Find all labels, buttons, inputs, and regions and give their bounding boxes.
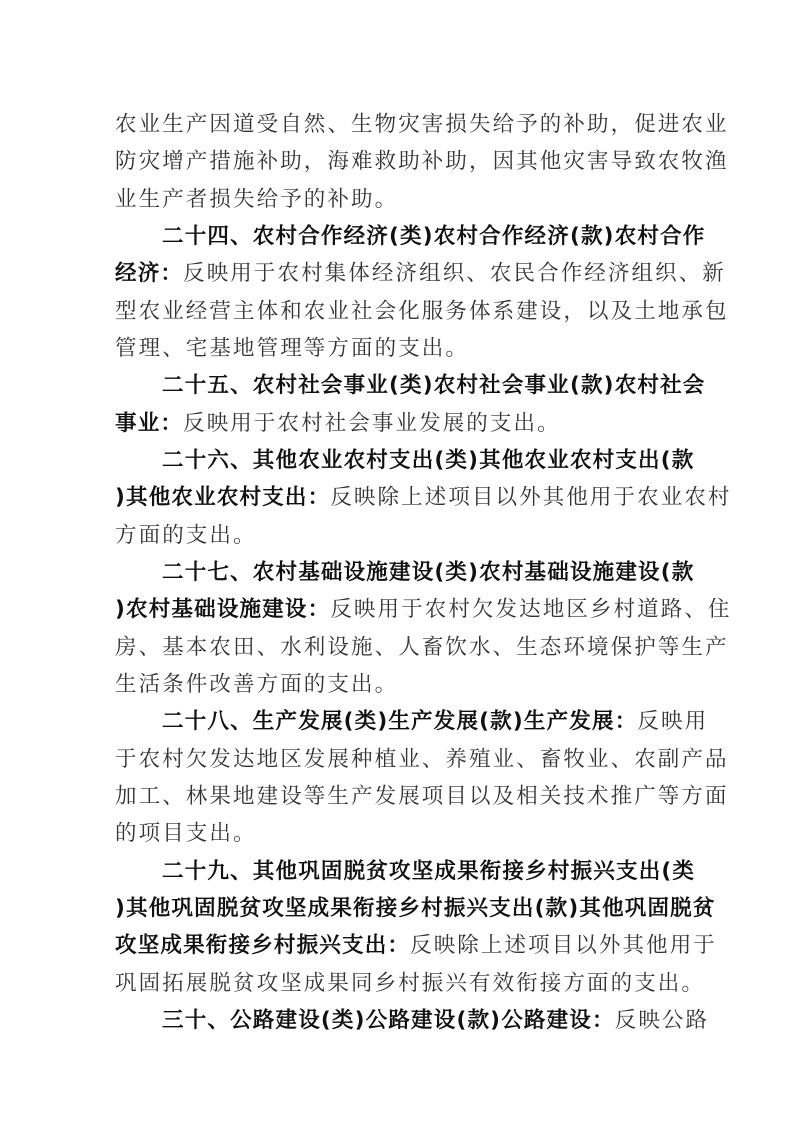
paragraph-line: 经济：反映用于农村集体经济组织、农民合作经济组织、新 [115,255,675,292]
section-heading-26: 二十六、其他农业农村支出(类)其他农业农村支出(款 [115,442,675,479]
paragraph-line: 方面的支出。 [115,517,675,554]
section-heading-27: 二十七、农村基础设施建设(类)农村基础设施建设(款 [115,554,675,591]
paragraph-line: 生活条件改善方面的支出。 [115,666,675,703]
paragraph-line: 管理、宅基地管理等方面的支出。 [115,330,675,367]
section-heading-24: 二十四、农村合作经济(类)农村合作经济(款)农村合作 [115,218,675,255]
section-heading-25: 二十五、农村社会事业(类)农村社会事业(款)农村社会 [115,367,675,404]
paragraph-line: 农业生产因道受自然、生物灾害损失给予的补助，促进农业 [115,106,675,143]
paragraph-line: 防灾增产措施补助，海难救助补助，因其他灾害导致农牧渔 [115,143,675,180]
paragraph-line: )其他巩固脱贫攻坚成果衔接乡村振兴支出(款)其他巩固脱贫 [115,890,675,927]
paragraph-line: 事业：反映用于农村社会事业发展的支出。 [115,405,675,442]
section-heading-28: 二十八、生产发展(类)生产发展(款)生产发展：反映用 [115,703,675,740]
paragraph-line: 的项目支出。 [115,815,675,852]
section-heading-29: 二十九、其他巩固脱贫攻坚成果衔接乡村振兴支出(类 [115,853,675,890]
paragraph-line: )农村基础设施建设：反映用于农村欠发达地区乡村道路、住 [115,591,675,628]
paragraph-line: 攻坚成果衔接乡村振兴支出：反映除上述项目以外其他用于 [115,927,675,964]
paragraph-line: 于农村欠发达地区发展种植业、养殖业、畜牧业、农副产品 [115,741,675,778]
section-heading-30: 三十、公路建设(类)公路建设(款)公路建设：反映公路 [115,1002,675,1039]
document-page: 农业生产因道受自然、生物灾害损失给予的补助，促进农业 防灾增产措施补助，海难救助… [115,106,675,1039]
paragraph-line: 巩固拓展脱贫攻坚成果同乡村振兴有效衔接方面的支出。 [115,965,675,1002]
paragraph-line: )其他农业农村支出：反映除上述项目以外其他用于农业农村 [115,479,675,516]
paragraph-line: 业生产者损失给予的补助。 [115,181,675,218]
paragraph-line: 加工、林果地建设等生产发展项目以及相关技术推广等方面 [115,778,675,815]
paragraph-line: 房、基本农田、水利设施、人畜饮水、生态环境保护等生产 [115,629,675,666]
paragraph-line: 型农业经营主体和农业社会化服务体系建设，以及土地承包 [115,293,675,330]
